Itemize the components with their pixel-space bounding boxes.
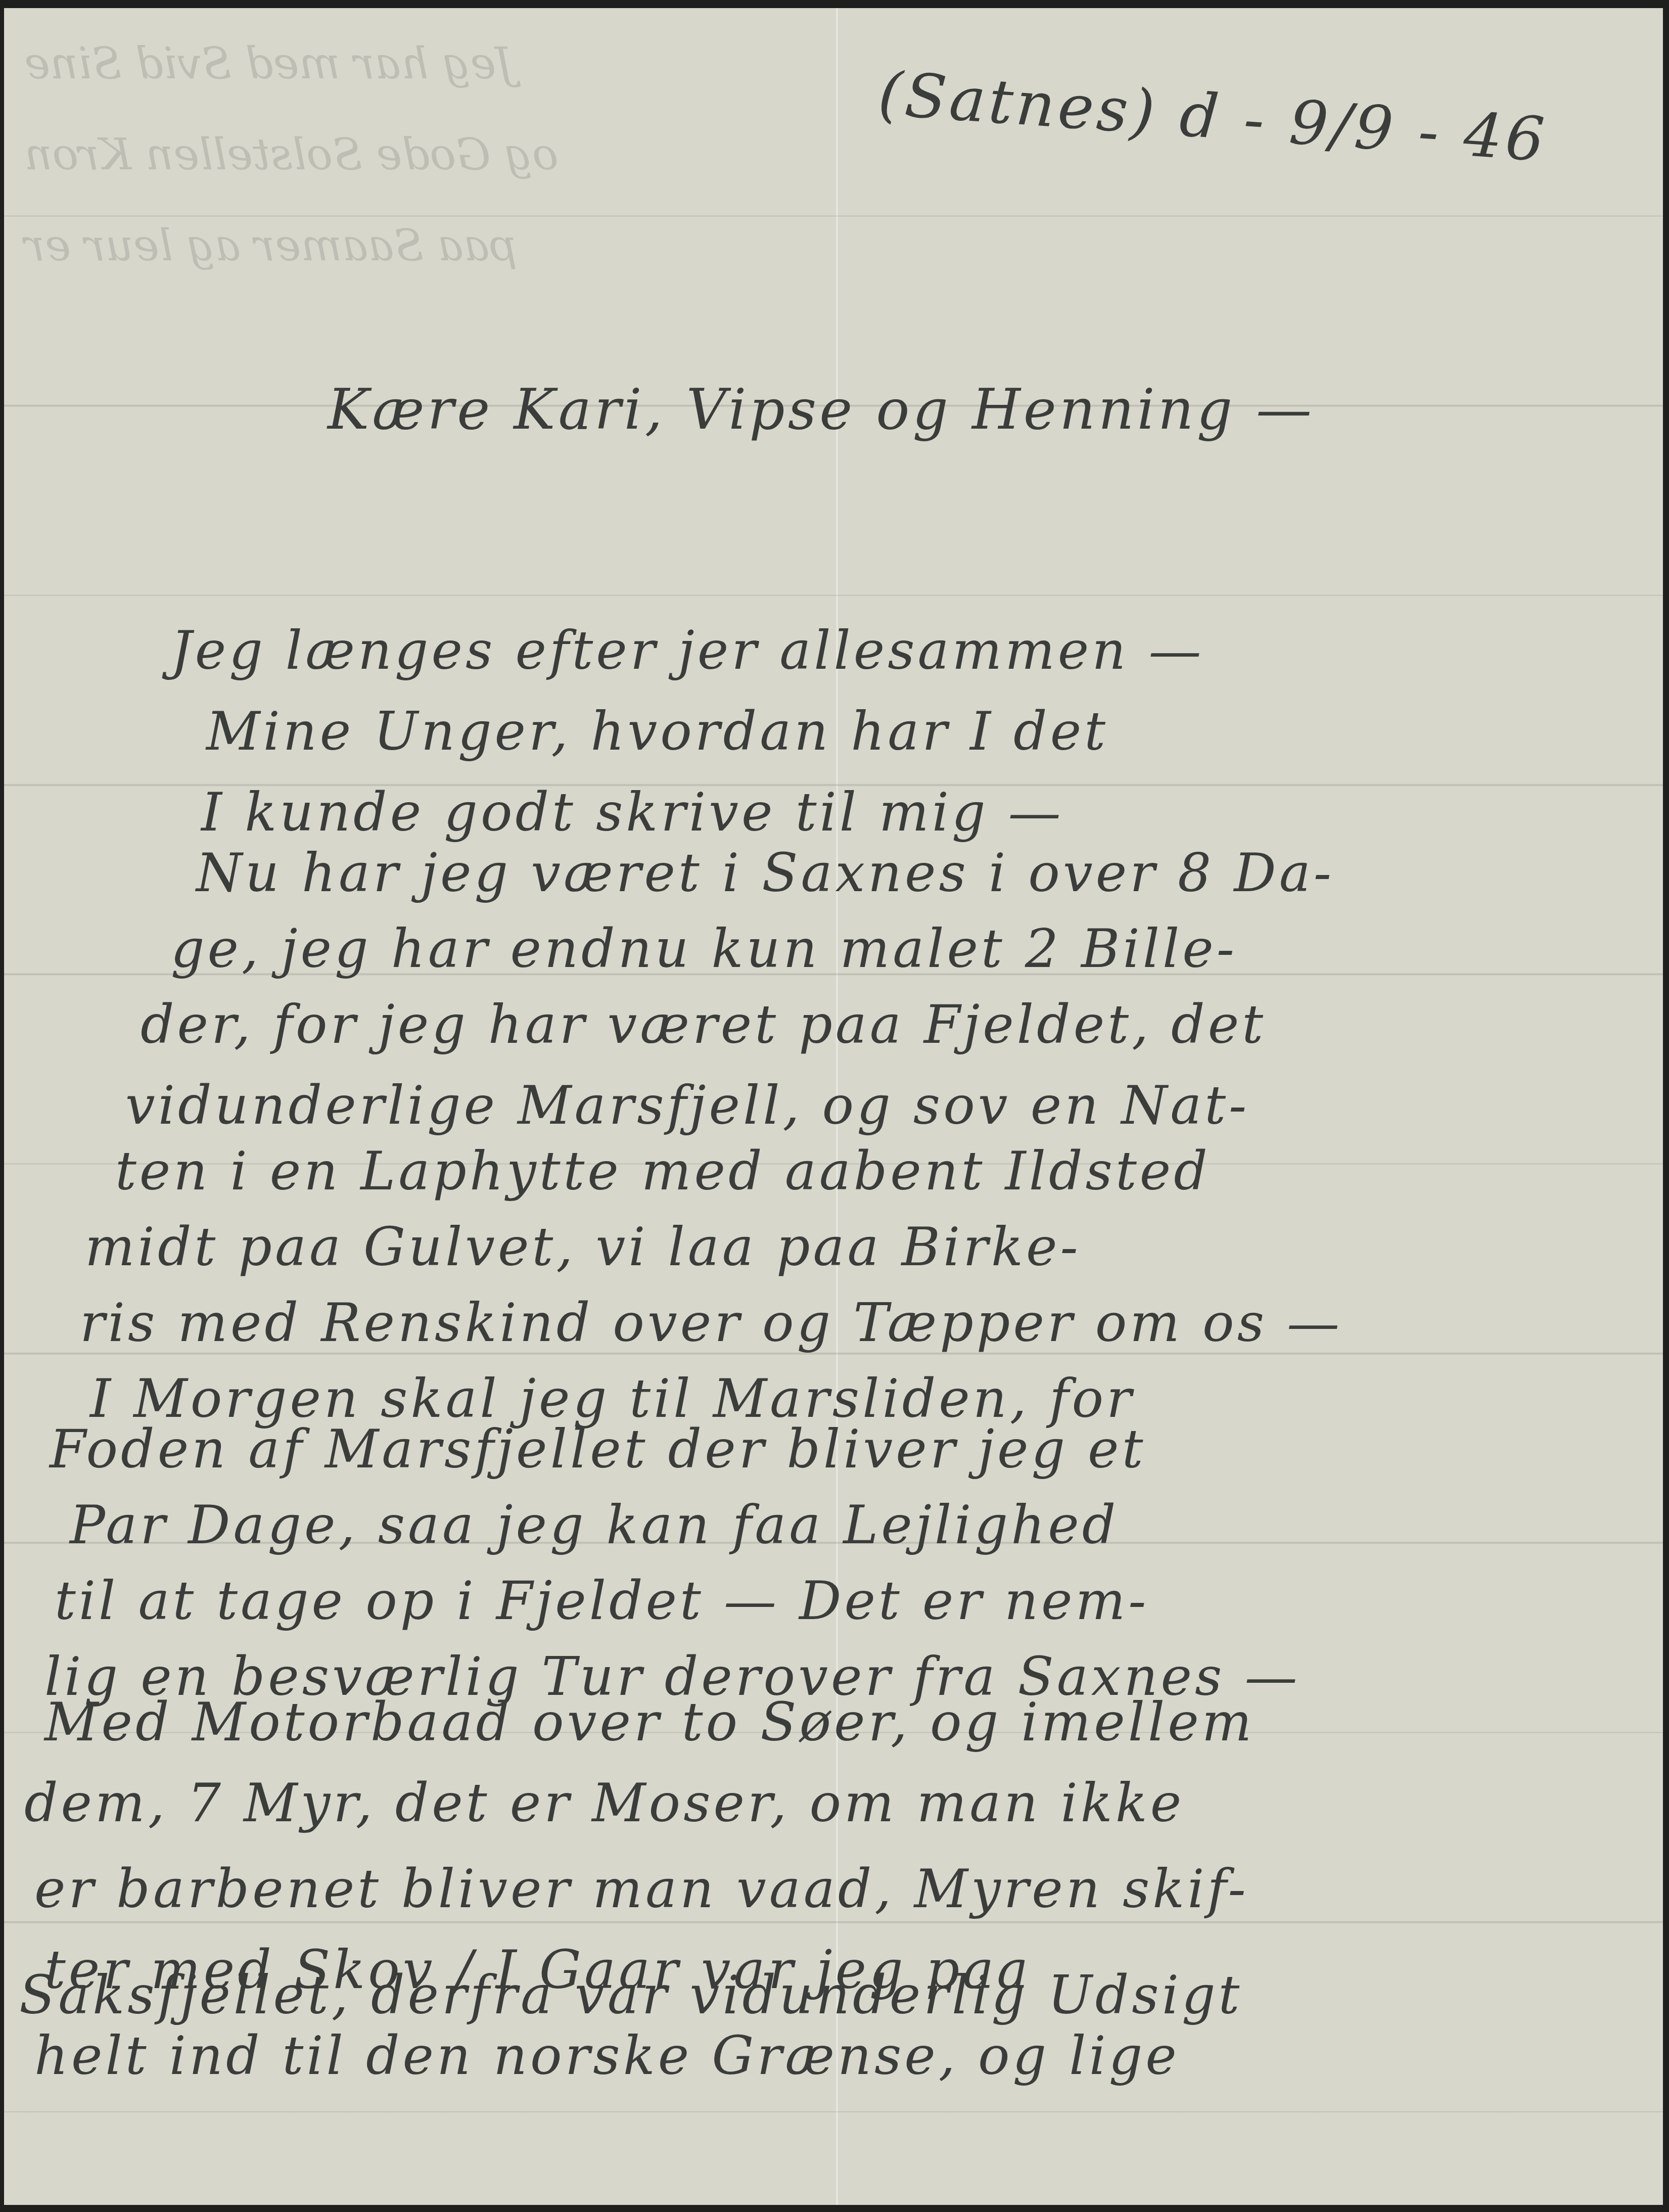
letter-line: dem, 7 Myr, det er Moser, om man ikke xyxy=(24,1772,1184,1834)
letter-line: ten i en Laphytte med aabent Ildsted xyxy=(115,1140,1211,1202)
letter-line: I kunde godt skrive til mig — xyxy=(201,781,1064,843)
letter-line: Foden af Marsfjellet der bliver jeg et xyxy=(50,1418,1146,1480)
letter-date: (Satnes) d - 9/9 - 46 xyxy=(876,59,1549,175)
letter-line: Par Dage, saa jeg kan faa Lejlighed xyxy=(70,1494,1119,1556)
letter-line: midt paa Gulvet, vi laa paa Birke- xyxy=(85,1216,1081,1278)
letter-line: helt ind til den norske Grænse, og lige xyxy=(34,2025,1180,2087)
bleed-through-text: Jeg har med Svid Sine xyxy=(24,38,514,89)
letter-line: ge, jeg har endnu kun malet 2 Bille- xyxy=(171,918,1237,980)
bleed-through-text: paa Saamer ag leur er xyxy=(24,220,517,271)
bleed-through-text: og Gode Solstellen Kron xyxy=(24,129,559,180)
letter-line: Mine Unger, hvordan har I det xyxy=(206,701,1108,762)
letter-date-value: d - 9/9 - 46 xyxy=(1177,80,1549,175)
letter-line: vidunderlige Marsfjell, og sov en Nat- xyxy=(125,1075,1249,1136)
letter-place: (Satnes) xyxy=(876,59,1160,148)
letter-line: Jeg længes efter jer allesammen — xyxy=(171,620,1204,681)
letter-line: Saksfjellet, derfra var vidunderlig Udsi… xyxy=(19,1964,1242,2026)
letter-line: ris med Renskind over og Tæpper om os — xyxy=(80,1292,1342,1354)
letter-salutation: Kære Kari, Vipse og Henning — xyxy=(328,377,1315,442)
letter-line: Nu har jeg været i Saxnes i over 8 Da- xyxy=(196,842,1334,904)
letter-page: Jeg har med Svid Sine og Gode Solstellen… xyxy=(4,8,1663,2205)
letter-line: er barbenet bliver man vaad, Myren skif- xyxy=(34,1858,1249,1920)
letter-line: der, for jeg har været paa Fjeldet, det xyxy=(141,994,1266,1055)
letter-line: Med Motorbaad over to Søer, og imellem xyxy=(44,1691,1255,1753)
letter-line: til at tage op i Fjeldet — Det er nem- xyxy=(55,1570,1149,1632)
